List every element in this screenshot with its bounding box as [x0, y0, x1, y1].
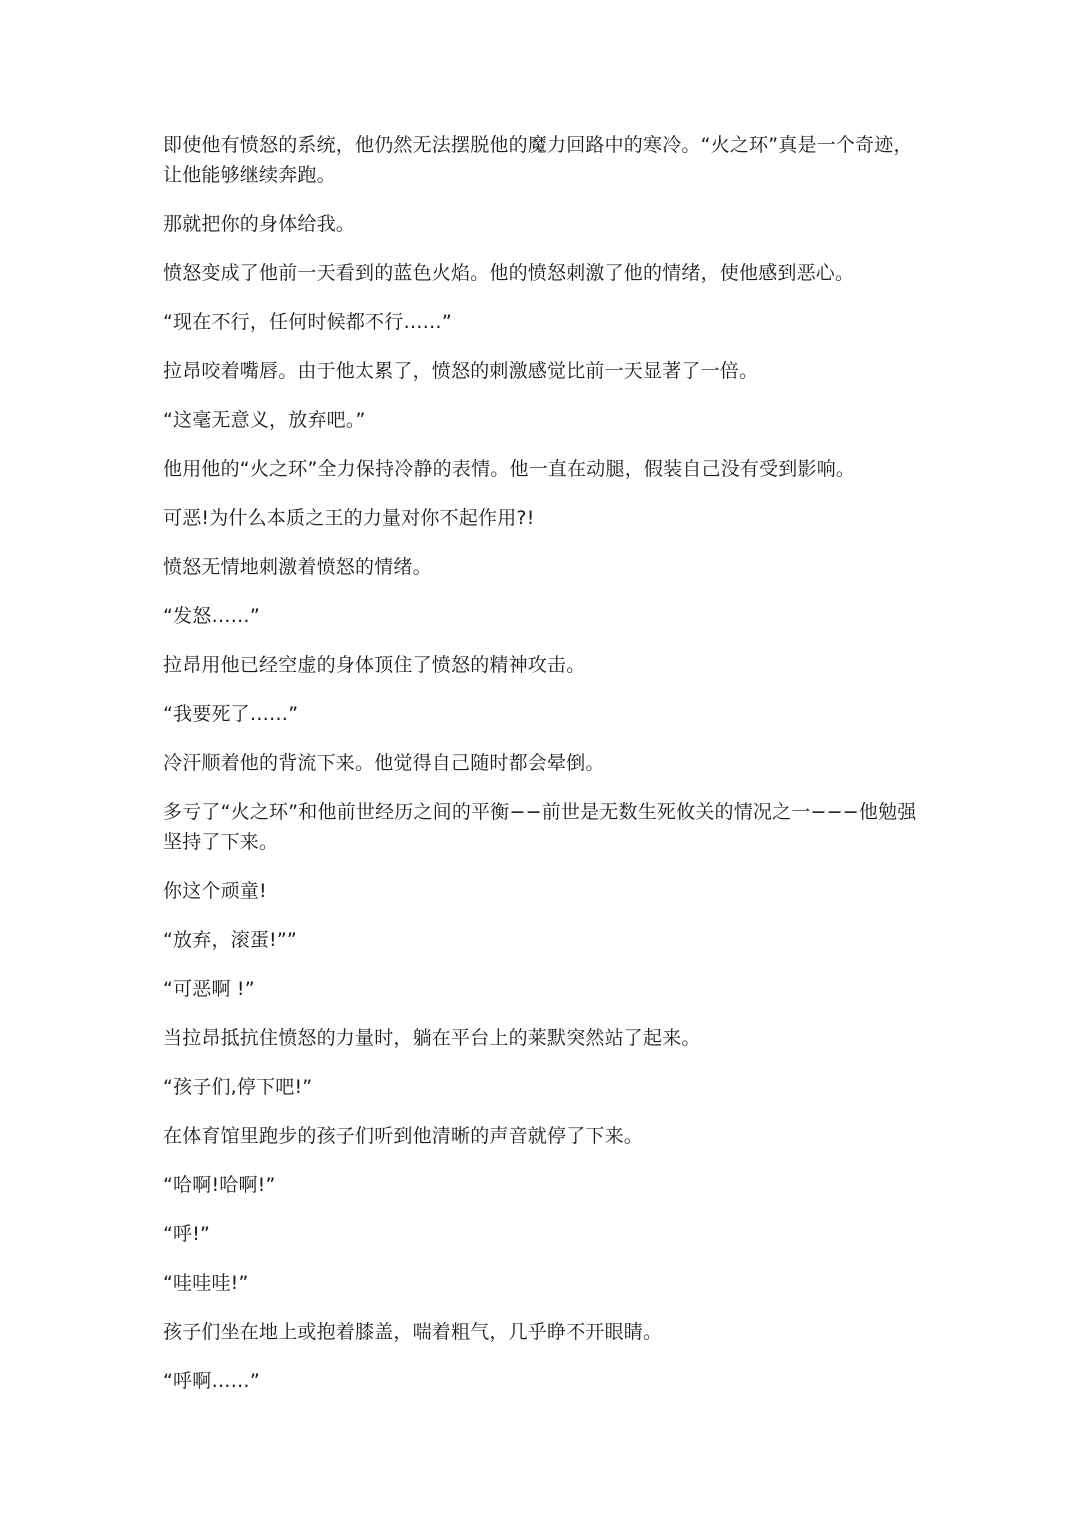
paragraph: 当拉昂抵抗住愤怒的力量时，躺在平台上的莱默突然站了起来。: [163, 1023, 923, 1053]
paragraph: 那就把你的身体给我。: [163, 209, 923, 239]
paragraph: 孩子们坐在地上或抱着膝盖，喘着粗气，几乎睁不开眼睛。: [163, 1317, 923, 1347]
paragraph: 在体育馆里跑步的孩子们听到他清晰的声音就停了下来。: [163, 1121, 923, 1151]
paragraph: “呼啊……”: [163, 1366, 923, 1396]
paragraph: 拉昂用他已经空虚的身体顶住了愤怒的精神攻击。: [163, 650, 923, 680]
paragraph: “孩子们,停下吧!”: [163, 1072, 923, 1102]
paragraph: 可恶!为什么本质之王的力量对你不起作用?!: [163, 503, 923, 533]
paragraph: “发怒……”: [163, 601, 923, 631]
paragraph: “呼!”: [163, 1219, 923, 1249]
paragraph: 冷汗顺着他的背流下来。他觉得自己随时都会晕倒。: [163, 748, 923, 778]
paragraph: 即使他有愤怒的系统，他仍然无法摆脱他的魔力回路中的寒冷。“火之环”真是一个奇迹，…: [163, 130, 923, 190]
paragraph: “我要死了……”: [163, 699, 923, 729]
paragraph: 愤怒变成了他前一天看到的蓝色火焰。他的愤怒刺激了他的情绪，使他感到恶心。: [163, 258, 923, 288]
paragraph: 他用他的“火之环”全力保持冷静的表情。他一直在动腿，假装自己没有受到影响。: [163, 454, 923, 484]
paragraph: 你这个顽童!: [163, 876, 923, 906]
paragraph: “可恶啊 !”: [163, 974, 923, 1004]
paragraph: “哈啊!哈啊!”: [163, 1170, 923, 1200]
paragraph: “放弃，滚蛋!””: [163, 925, 923, 955]
paragraph: “这毫无意义，放弃吧。”: [163, 405, 923, 435]
paragraph: 拉昂咬着嘴唇。由于他太累了，愤怒的刺激感觉比前一天显著了一倍。: [163, 356, 923, 386]
paragraph: 愤怒无情地刺激着愤怒的情绪。: [163, 552, 923, 582]
document-page: 即使他有愤怒的系统，他仍然无法摆脱他的魔力回路中的寒冷。“火之环”真是一个奇迹，…: [163, 130, 923, 1415]
paragraph: 多亏了“火之环”和他前世经历之间的平衡−−前世是无数生死攸关的情况之一−−−他勉…: [163, 797, 923, 857]
paragraph: “哇哇哇!”: [163, 1268, 923, 1298]
paragraph: “现在不行，任何时候都不行……”: [163, 307, 923, 337]
